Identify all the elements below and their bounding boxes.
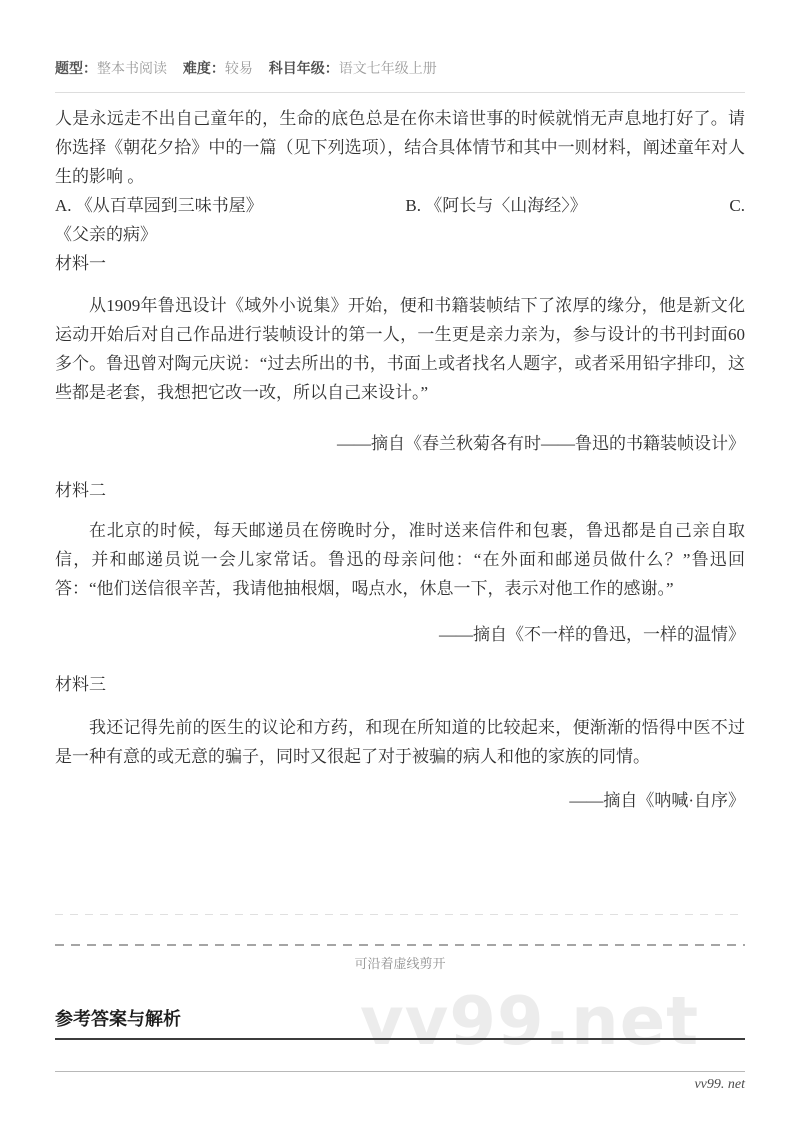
material-2-text: 在北京的时候，每天邮递员在傍晚时分，准时送来信件和包裹，鲁迅都是自己亲自取信，并… (55, 516, 745, 603)
header-divider (55, 92, 745, 93)
option-a: A. 《从百草园到三味书屋》 (55, 191, 263, 220)
material-1-label: 材料一 (55, 249, 745, 278)
option-c: C. (729, 191, 745, 220)
meta-value-question-type: 整本书阅读 (97, 60, 167, 76)
material-3-text: 我还记得先前的医生的议论和方药，和现在所知道的比较起来，便渐渐的悟得中医不过是一… (55, 713, 745, 771)
meta-value-subject-grade: 语文七年级上册 (339, 60, 437, 76)
meta-label-subject-grade: 科目年级： (269, 60, 339, 76)
material-2-label: 材料二 (55, 476, 745, 505)
material-2-source: ——摘自《不一样的鲁迅，一样的温情》 (55, 620, 745, 649)
meta-value-difficulty: 较易 (225, 60, 253, 76)
watermark-large: vv99.net (360, 982, 699, 1060)
question-body: 人是永远走不出自己童年的，生命的底色总是在你未谙世事的时候就悄无声息地打好了。请… (55, 104, 745, 815)
question-meta: 题型：整本书阅读 难度：较易 科目年级：语文七年级上册 (55, 58, 745, 78)
footer-divider (55, 1071, 745, 1072)
material-1-text: 从1909年鲁迅设计《域外小说集》开始，便和书籍装帧结下了浓厚的缘分，他是新文化… (55, 291, 745, 407)
material-3-label: 材料三 (55, 670, 745, 699)
cut-note: 可沿着虚线剪开 (0, 953, 800, 972)
option-b: B. 《阿长与〈山海经〉》 (405, 191, 586, 220)
answer-section-heading: 参考答案与解析 (55, 1005, 181, 1031)
material-3-source: ——摘自《呐喊·自序》 (55, 786, 745, 815)
option-c-title: 《父亲的病》 (55, 220, 745, 249)
meta-label-question-type: 题型： (55, 60, 97, 76)
meta-label-difficulty: 难度： (183, 60, 225, 76)
cut-line-dark (55, 944, 745, 946)
question-text: 人是永远走不出自己童年的，生命的底色总是在你未谙世事的时候就悄无声息地打好了。请… (55, 104, 745, 191)
answer-divider (55, 1038, 745, 1040)
options-row: A. 《从百草园到三味书屋》 B. 《阿长与〈山海经〉》 C. (55, 191, 745, 220)
material-1-source: ——摘自《春兰秋菊各有时——鲁迅的书籍装帧设计》 (55, 429, 745, 458)
site-watermark-footer: vv99. net (694, 1077, 745, 1093)
cut-line-light (55, 914, 745, 915)
